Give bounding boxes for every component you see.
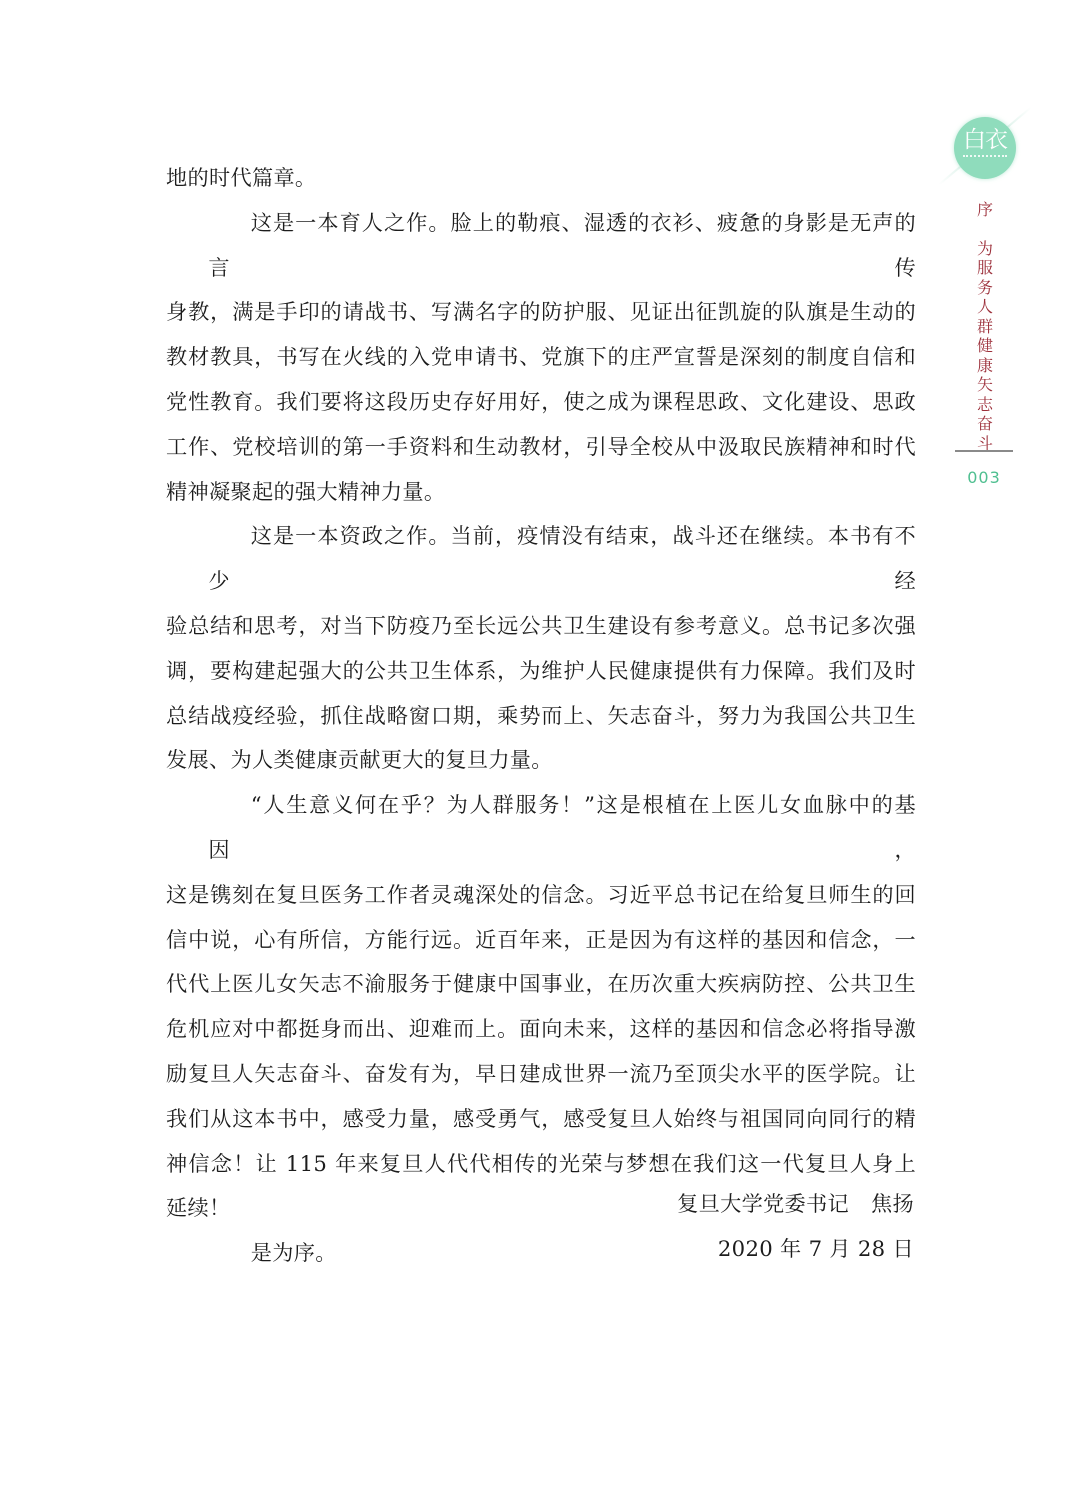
chapter-title-char: 奋 (974, 414, 996, 434)
text-line: 代代上医儿女矢志不渝服务于健康中国事业，在历次重大疾病防控、公共卫生 (166, 962, 916, 1007)
paragraph: 地的时代篇章。 (166, 156, 916, 201)
text-line: 验总结和思考，对当下防疫乃至长远公共卫生建设有参考意义。总书记多次强 (166, 604, 916, 649)
page-number: 003 (955, 468, 1013, 487)
chapter-title-char: 健 (974, 336, 996, 356)
text-line: 这是一本资政之作。当前，疫情没有结束，战斗还在继续。本书有不少经 (166, 514, 916, 604)
text-line: 党性教育。我们要将这段历史存好用好，使之成为课程思政、文化建设、思政 (166, 380, 916, 425)
paragraph: 这是一本资政之作。当前，疫情没有结束，战斗还在继续。本书有不少经验总结和思考，对… (166, 514, 916, 783)
text-line: 地的时代篇章。 (166, 156, 916, 201)
text-line: 总结战疫经验，抓住战略窗口期，乘势而上、矢志奋斗，努力为我国公共卫生 (166, 694, 916, 739)
text-line: 我们从这本书中，感受力量，感受勇气，感受复旦人始终与祖国同向同行的精 (166, 1097, 916, 1142)
text-line: 调，要构建起强大的公共卫生体系，为维护人民健康提供有力保障。我们及时 (166, 649, 916, 694)
text-line: 工作、党校培训的第一手资料和生动教材，引导全校从中汲取民族精神和时代 (166, 425, 916, 470)
chapter-title-char: 矢 (974, 375, 996, 395)
paragraph: 这是一本育人之作。脸上的勒痕、湿透的衣衫、疲惫的身影是无声的言传身教，满是手印的… (166, 201, 916, 515)
chapter-title-char: 康 (974, 356, 996, 376)
chapter-title-char: 务 (974, 278, 996, 298)
book-logo-icon: 白衣 (954, 117, 1016, 179)
signature-block: 复旦大学党委书记焦扬 2020 年 7 月 28 日 (677, 1182, 914, 1272)
chapter-title-char: 群 (974, 317, 996, 337)
logo-subtitle-mark (963, 155, 1007, 162)
text-line: 发展、为人类健康贡献更大的复旦力量。 (166, 738, 916, 783)
chapter-title-char: 为 (974, 239, 996, 259)
text-line: 这是镌刻在复旦医务工作者灵魂深处的信念。习近平总书记在给复旦师生的回 (166, 873, 916, 918)
chapter-running-head: 序为服务人群健康矢志奋斗 (974, 200, 996, 453)
spacer (974, 220, 996, 239)
chapter-label-char: 序 (974, 200, 996, 220)
chapter-title-char: 服 (974, 258, 996, 278)
text-line: 信中说，心有所信，方能行远。近百年来，正是因为有这样的基因和信念，一 (166, 918, 916, 963)
signature-date: 2020 年 7 月 28 日 (677, 1227, 914, 1272)
text-line: 这是一本育人之作。脸上的勒痕、湿透的衣衫、疲惫的身影是无声的言传 (166, 201, 916, 291)
text-line: 神信念！让 115 年来复旦人代代相传的光荣与梦想在我们这一代复旦人身上 (166, 1142, 916, 1187)
chapter-title-char: 志 (974, 395, 996, 415)
preface-body: 地的时代篇章。这是一本育人之作。脸上的勒痕、湿透的衣衫、疲惫的身影是无声的言传身… (166, 156, 916, 1276)
chapter-title-char: 人 (974, 297, 996, 317)
signer-title: 复旦大学党委书记 (677, 1191, 849, 1216)
text-line: 励复旦人矢志奋斗、奋发有为，早日建成世界一流乃至顶尖水平的医学院。让 (166, 1052, 916, 1097)
paragraph: “人生意义何在乎？为人群服务！”这是根植在上医儿女血脉中的基因，这是镌刻在复旦医… (166, 783, 916, 1231)
book-page: 地的时代篇章。这是一本育人之作。脸上的勒痕、湿透的衣衫、疲惫的身影是无声的言传身… (0, 0, 1080, 1511)
text-line: 教材教具，书写在火线的入党申请书、党旗下的庄严宣誓是深刻的制度自信和 (166, 335, 916, 380)
text-line: “人生意义何在乎？为人群服务！”这是根植在上医儿女血脉中的基因， (166, 783, 916, 873)
text-line: 精神凝聚起的强大精神力量。 (166, 470, 916, 515)
margin-divider (955, 450, 1013, 452)
signer-name: 焦扬 (871, 1191, 914, 1216)
logo-title: 白衣 (963, 128, 1007, 152)
signature-line: 复旦大学党委书记焦扬 (677, 1182, 914, 1227)
text-line: 危机应对中都挺身而出、迎难而上。面向未来，这样的基因和信念必将指导激 (166, 1007, 916, 1052)
text-line: 身教，满是手印的请战书、写满名字的防护服、见证出征凯旋的队旗是生动的 (166, 290, 916, 335)
